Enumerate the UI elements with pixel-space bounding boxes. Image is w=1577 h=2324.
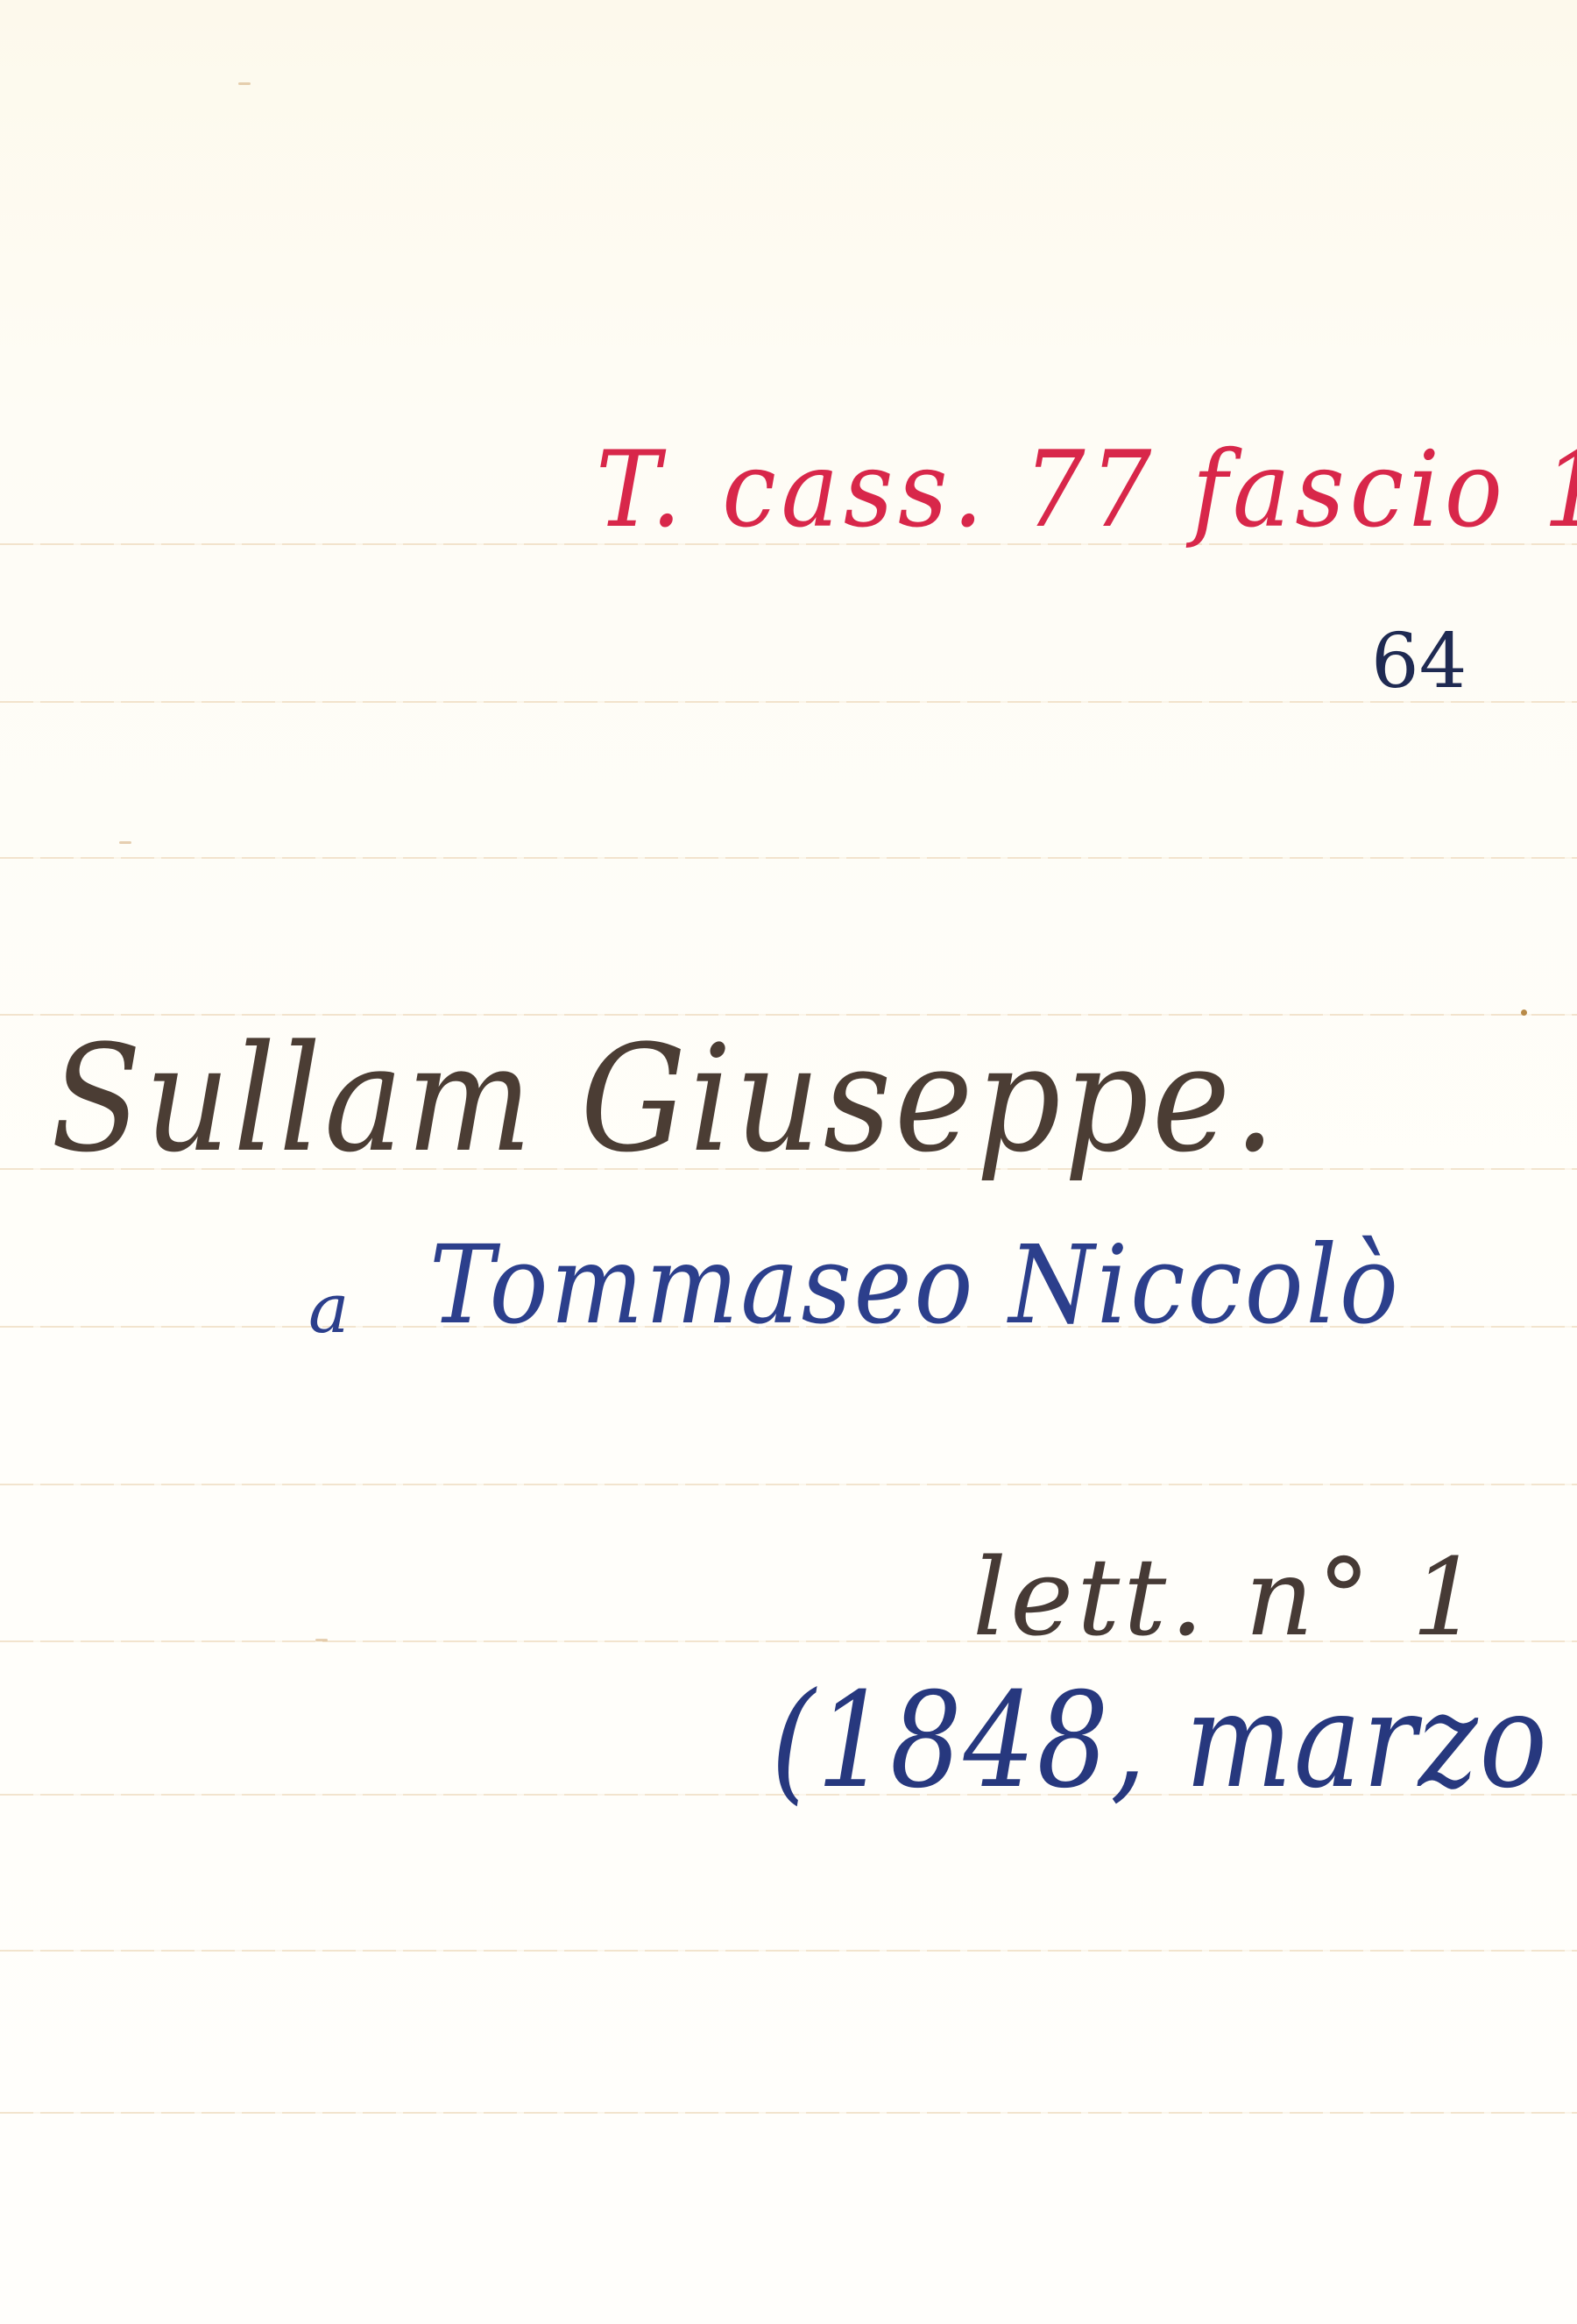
recipient-name: Tommaseo Niccolò <box>429 1231 1401 1340</box>
paper-speck <box>238 82 251 85</box>
ruled-line <box>0 857 1577 859</box>
ruled-line <box>0 2112 1577 2114</box>
ruled-line <box>0 701 1577 703</box>
recipient-prefix: a <box>308 1275 350 1343</box>
ruled-line <box>0 1950 1577 1952</box>
paper-speck <box>315 1639 328 1641</box>
page-number: 64 <box>1371 624 1467 699</box>
letter-date: (1848, marzo 29) <box>771 1676 1577 1807</box>
index-card: T. cass. 77 fascio 132. 64 Sullam Giusep… <box>0 0 1577 2324</box>
paper-speck <box>1521 1010 1527 1016</box>
letter-number: lett. n° 1 <box>972 1544 1483 1651</box>
paper-speck <box>119 841 131 844</box>
archive-reference: T. cass. 77 fascio 132. <box>596 438 1577 543</box>
ruled-line <box>0 1484 1577 1485</box>
sender-name: Sullam Giuseppe. <box>51 1025 1279 1173</box>
